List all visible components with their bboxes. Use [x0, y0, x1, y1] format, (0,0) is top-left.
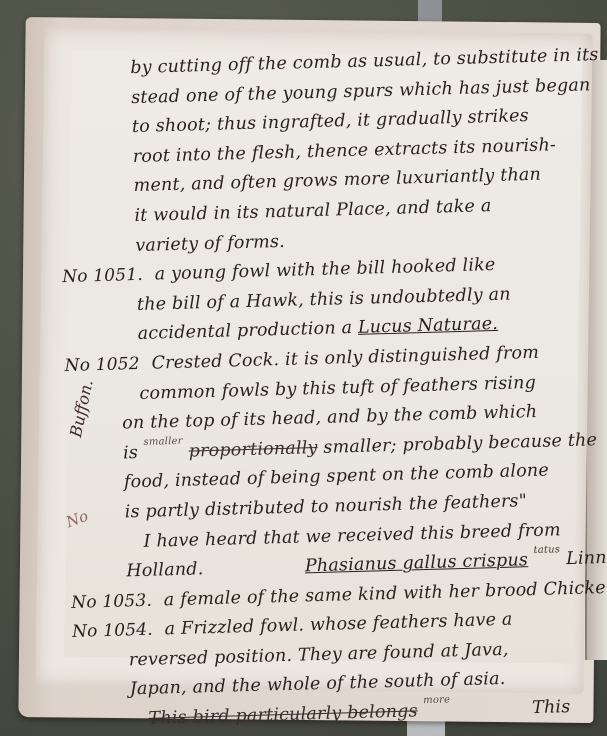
struck-word: proportionally [188, 438, 317, 462]
entry-text: a young fowl with the bill hooked like [154, 255, 495, 285]
entry-number: No 1051. [62, 265, 143, 287]
inserted-word: smaller [143, 436, 182, 448]
latin-insertion: tatus [533, 544, 560, 556]
entry-text: Crested Cock. it is only distinguished f… [151, 343, 539, 374]
latin-name: Phasianus gallus crispus [305, 550, 529, 576]
catchword: This [532, 693, 571, 724]
struck-line: This bird particularly belongs [148, 701, 418, 729]
latin-authority: Linn: [566, 548, 607, 569]
text-word: is [123, 443, 139, 463]
text-word: Holland. [126, 559, 204, 581]
entry-text: a Frizzled fowl. whose feathers have a [164, 610, 512, 640]
inserted-word: more [423, 694, 450, 706]
manuscript-text: by cutting off the comb as usual, to sub… [62, 41, 601, 736]
entry-number: No 1052 [64, 354, 140, 376]
entry-number: No 1053. [71, 590, 152, 612]
text-word: smaller; probably because the [323, 430, 597, 458]
entry-text: accidental production a [138, 318, 353, 344]
entry-number: No 1054. [72, 620, 153, 642]
latin-phrase: Lucus Naturae. [358, 314, 499, 338]
